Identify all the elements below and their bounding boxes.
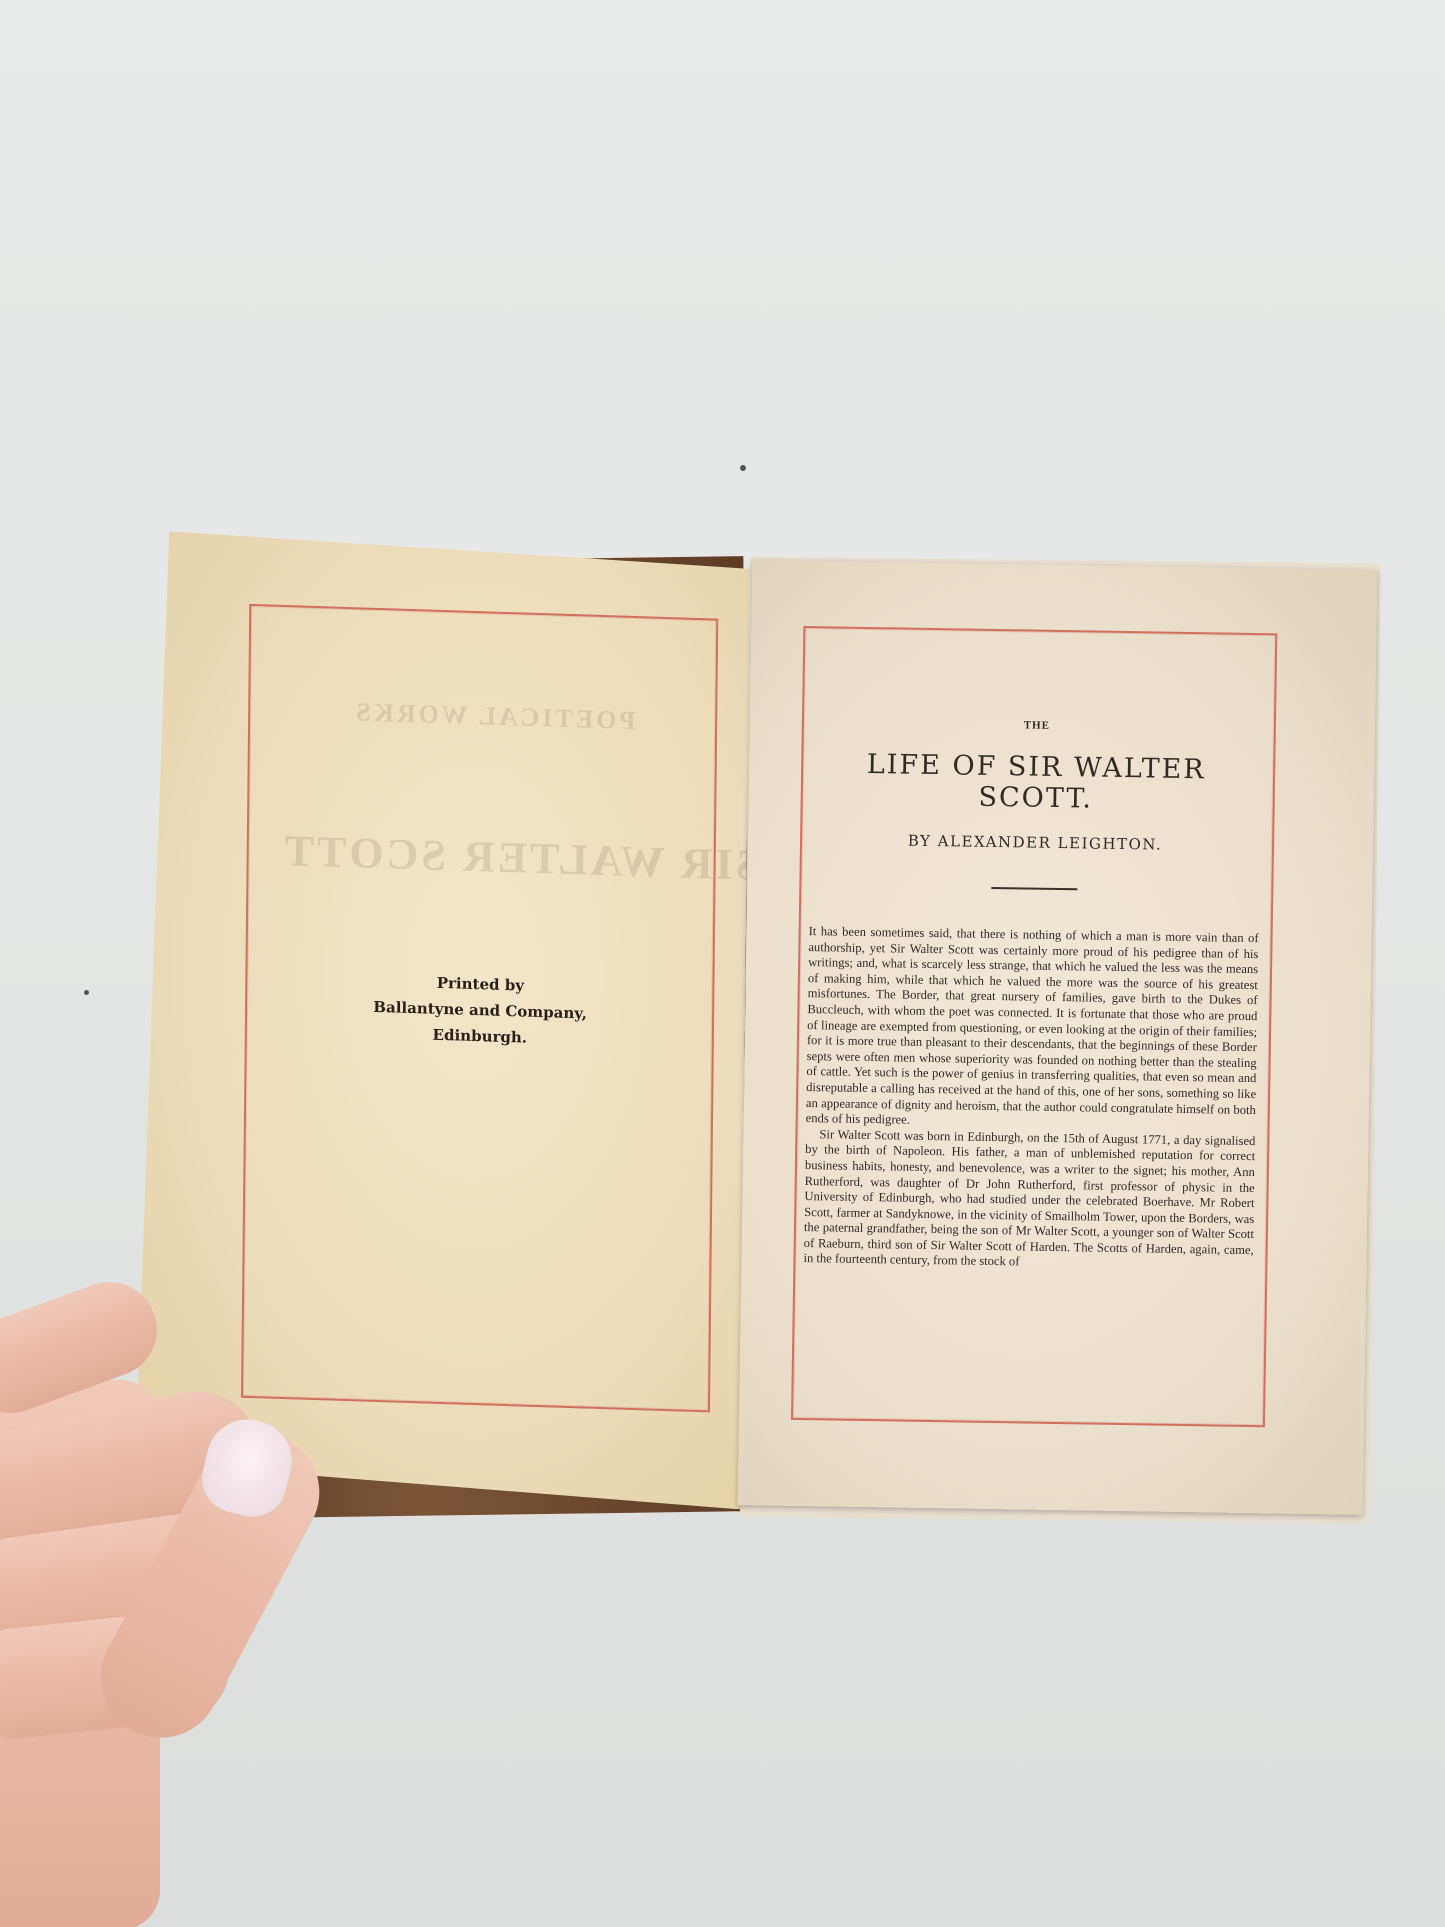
book-title: LIFE OF SIR WALTER SCOTT. bbox=[811, 748, 1262, 817]
body-text: It has been sometimes said, that there i… bbox=[803, 924, 1258, 1274]
right-page: THE LIFE OF SIR WALTER SCOTT. BY ALEXAND… bbox=[738, 560, 1378, 1515]
paragraph: Sir Walter Scott was born in Edinburgh, … bbox=[803, 1127, 1255, 1274]
title-page-content: THE LIFE OF SIR WALTER SCOTT. BY ALEXAND… bbox=[803, 656, 1263, 1274]
paragraph: It has been sometimes said, that there i… bbox=[806, 924, 1259, 1134]
background-speck bbox=[740, 465, 746, 471]
author-byline: BY ALEXANDER LEIGHTON. bbox=[810, 830, 1260, 855]
left-page: POETICAL WORKS SIR WALTER SCOTT Printed … bbox=[135, 531, 750, 1510]
pretitle: THE bbox=[812, 716, 1262, 735]
background-speck bbox=[84, 990, 89, 995]
printer-imprint: Printed by Ballantyne and Company, Edinb… bbox=[310, 966, 651, 1055]
title-rule bbox=[991, 887, 1077, 890]
